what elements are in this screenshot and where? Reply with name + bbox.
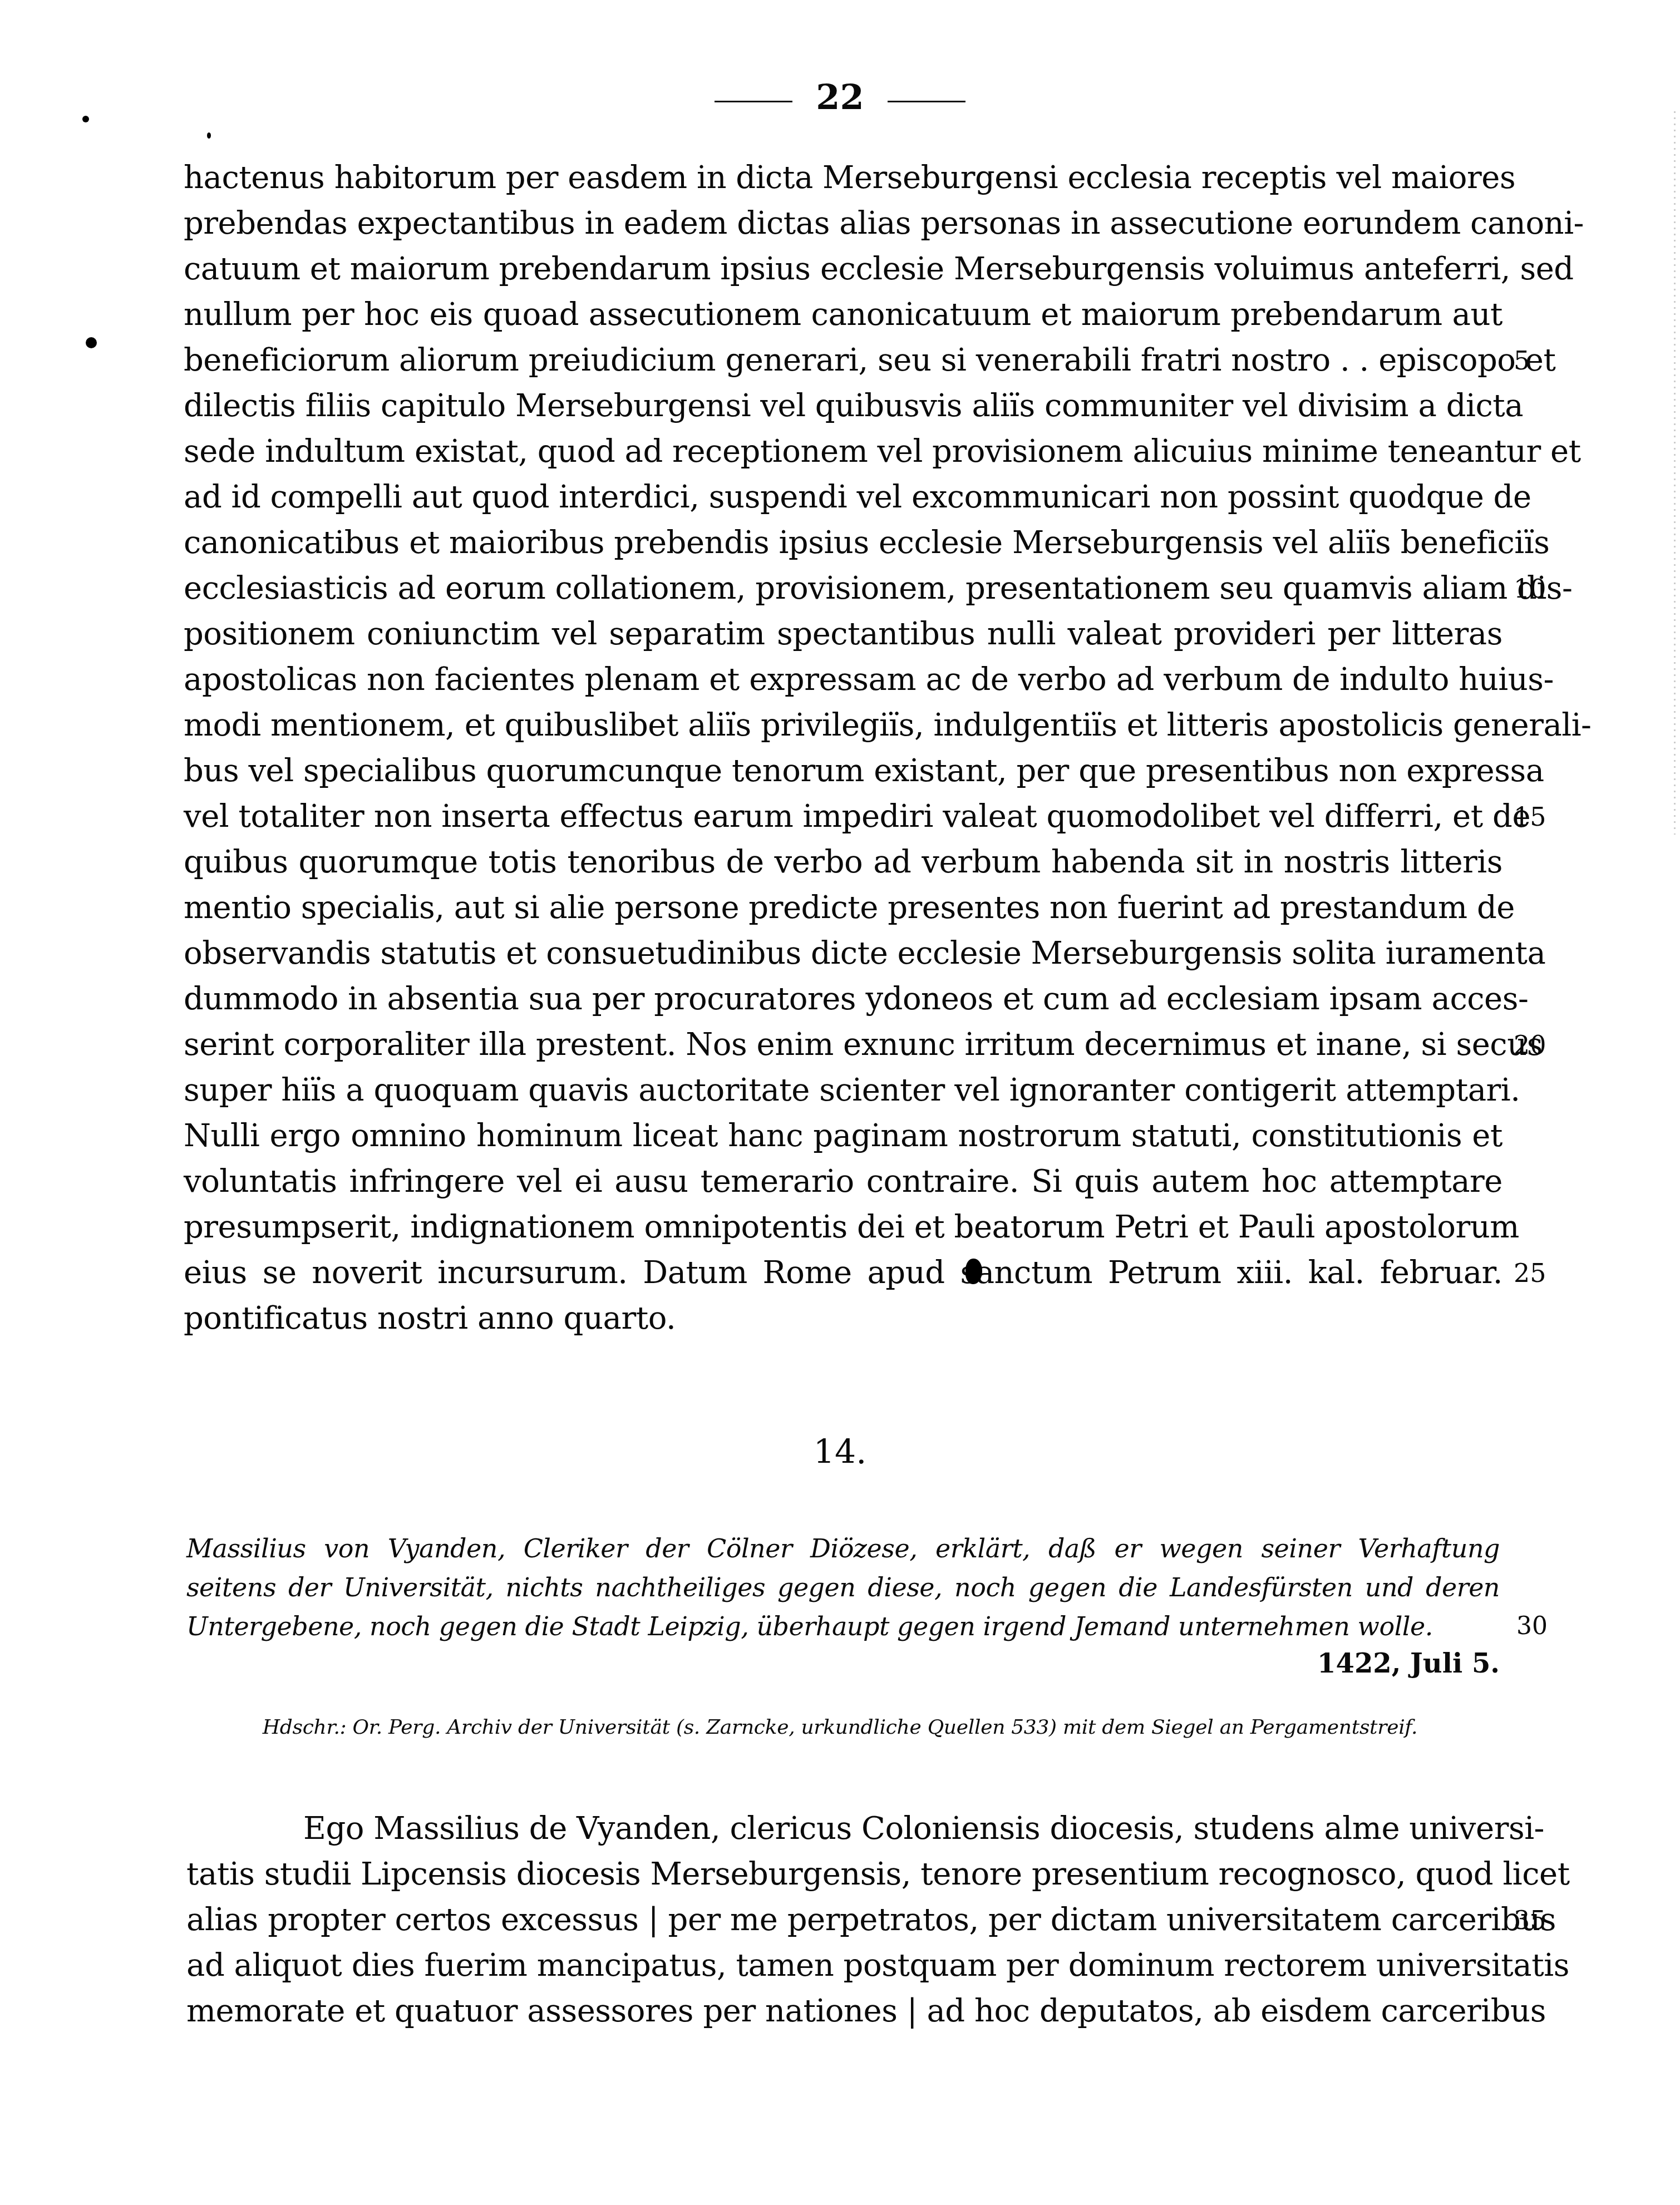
- document-summary: Massilius von Vyanden, Cleriker der Cöln…: [186, 1529, 1500, 1646]
- text-line: vel totaliter non inserta effectus earum…: [184, 794, 1502, 840]
- text-line: apostolicas non facientes plenam et expr…: [184, 657, 1502, 703]
- text-line: modi mentionem, et quibuslibet aliïs pri…: [184, 703, 1502, 748]
- text-line: canonicatibus et maioribus prebendis ips…: [184, 520, 1502, 566]
- text-line: sede indultum existat, quod ad reception…: [184, 429, 1502, 475]
- scan-edge-noise: [1674, 111, 1676, 835]
- text-line: pontificatus nostri anno quarto.: [184, 1296, 1502, 1341]
- text-line: prebendas expectantibus in eadem dictas …: [184, 201, 1502, 246]
- text-line: mentio specialis, aut si alie persone pr…: [184, 885, 1502, 931]
- text-line: quibus quorumque totis tenoribus de verb…: [184, 840, 1502, 885]
- body-text: hactenus habitorum per easdem in dicta M…: [184, 155, 1502, 1341]
- line-number: 10: [1514, 566, 1546, 611]
- text-line: memorate et quatuor assessores per natio…: [186, 1989, 1502, 2034]
- line-number: 5: [1514, 338, 1530, 383]
- text-line: serint corporaliter illa prestent. Nos e…: [184, 1022, 1502, 1068]
- line-number: 15: [1514, 794, 1546, 840]
- text-line: positionem coniunctim vel separatim spec…: [184, 611, 1502, 657]
- line-number: 20: [1514, 1022, 1546, 1068]
- page-header: 22: [0, 72, 1680, 122]
- source-note: Hdschr.: Or. Perg. Archiv der Universitä…: [0, 1711, 1680, 1744]
- text-line: eius se noverit incursurum. Datum Rome a…: [184, 1250, 1502, 1296]
- text-line: alias propter certos excessus | per me p…: [186, 1897, 1502, 1943]
- text-line: presumpserit, indignationem omnipotentis…: [184, 1205, 1502, 1250]
- text-line: Ego Massilius de Vyanden, clericus Colon…: [186, 1806, 1502, 1852]
- text-line: bus vel specialibus quorumcunque tenorum…: [184, 748, 1502, 794]
- header-rule-right: [888, 101, 965, 102]
- page-number: 22: [816, 72, 864, 122]
- line-number: 30: [1516, 1607, 1548, 1646]
- document-page: 22 hactenus habitorum per easdem in dict…: [0, 0, 1680, 2205]
- text-line: nullum per hoc eis quoad assecutionem ca…: [184, 292, 1502, 338]
- line-number: 35: [1514, 1897, 1546, 1943]
- summary-line: Untergebene, noch gegen die Stadt Leipzi…: [186, 1607, 1500, 1646]
- text-line: Nulli ergo omnino hominum liceat hanc pa…: [184, 1113, 1502, 1159]
- text-line: tatis studii Lipcensis diocesis Mersebur…: [186, 1852, 1502, 1897]
- summary-line: seitens der Universität, nichts nachthei…: [186, 1568, 1500, 1607]
- document-number: 14.: [0, 1424, 1680, 1480]
- document-date: 1422, Juli 5.: [1317, 1644, 1500, 1683]
- summary-line: Massilius von Vyanden, Cleriker der Cöln…: [186, 1529, 1500, 1568]
- text-line: ad aliquot dies fuerim mancipatus, tamen…: [186, 1943, 1502, 1989]
- text-line: voluntatis infringere vel ei ausu temera…: [184, 1159, 1502, 1205]
- header-rule-left: [715, 101, 792, 102]
- scan-speck: [207, 132, 211, 139]
- scan-speck: [86, 337, 97, 348]
- text-line: super hiïs a quoquam quavis auctoritate …: [184, 1068, 1502, 1113]
- text-line: ecclesiasticis ad eorum collationem, pro…: [184, 566, 1502, 611]
- text-line: dummodo in absentia sua per procuratores…: [184, 976, 1502, 1022]
- text-line: hactenus habitorum per easdem in dicta M…: [184, 155, 1502, 201]
- text-line: beneficiorum aliorum preiudicium generar…: [184, 338, 1502, 383]
- text-line: ad id compelli aut quod interdici, suspe…: [184, 475, 1502, 520]
- text-line: dilectis filiis capitulo Merseburgensi v…: [184, 383, 1502, 429]
- text-line: catuum et maiorum prebendarum ipsius ecc…: [184, 246, 1502, 292]
- text-line: observandis statutis et consuetudinibus …: [184, 931, 1502, 976]
- document-text: Ego Massilius de Vyanden, clericus Colon…: [186, 1806, 1502, 2034]
- line-number: 25: [1514, 1250, 1546, 1296]
